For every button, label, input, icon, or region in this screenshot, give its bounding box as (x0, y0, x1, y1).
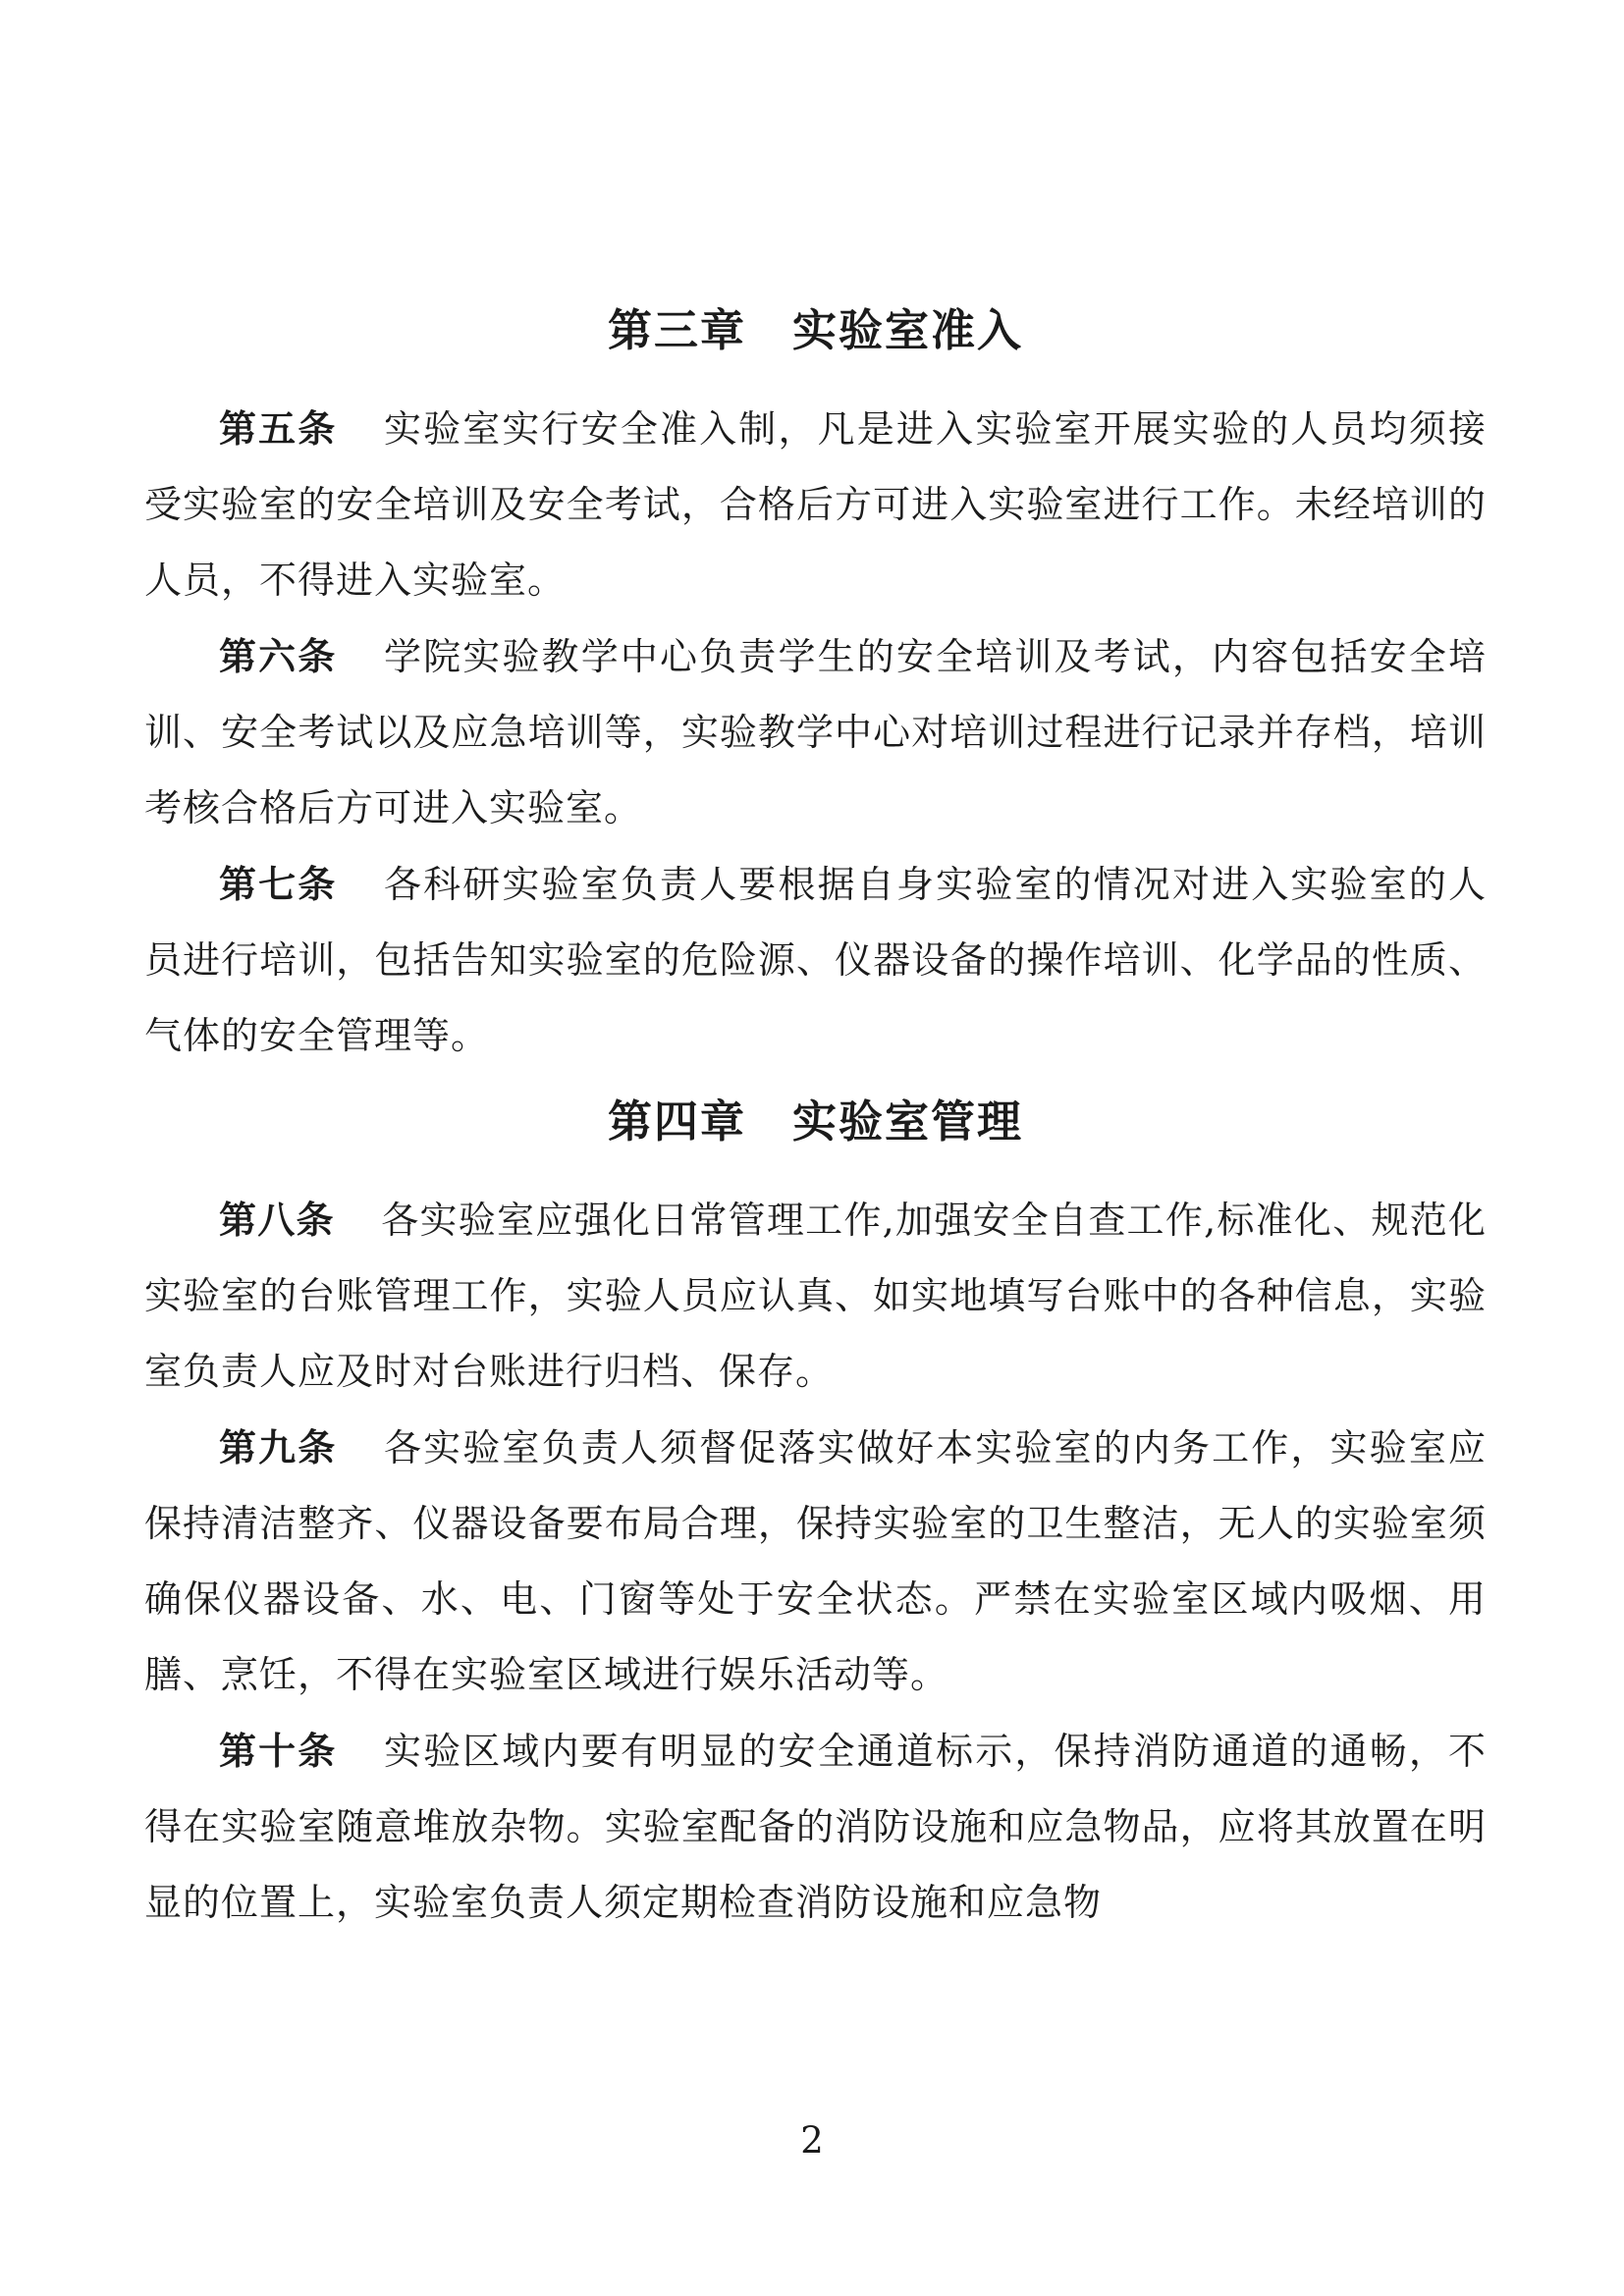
article-7-text: 各科研实验室负责人要根据自身实验室的情况对进入实验室的人员进行培训，包括告知实验… (144, 863, 1487, 1057)
article-10-paragraph: 第十条实验区域内要有明显的安全通道标示，保持消防通道的通畅，不得在实验室随意堆放… (144, 1713, 1487, 1941)
document-page: 第三章 实验室准入 第五条实验室实行安全准入制，凡是进入实验室开展实验的人员均须… (0, 0, 1624, 2296)
article-7-paragraph: 第七条各科研实验室负责人要根据自身实验室的情况对进入实验室的人员进行培训，包括告… (144, 846, 1487, 1074)
article-8-label: 第八条 (219, 1198, 335, 1242)
article-10-label: 第十条 (219, 1729, 337, 1773)
article-5-text: 实验室实行安全准入制，凡是进入实验室开展实验的人员均须接受实验室的安全培训及安全… (144, 407, 1487, 602)
article-6-text: 学院实验教学中心负责学生的安全培训及考试，内容包括安全培训、安全考试以及应急培训… (144, 635, 1487, 829)
document-content: 第三章 实验室准入 第五条实验室实行安全准入制，凡是进入实验室开展实验的人员均须… (144, 283, 1487, 1941)
article-5-label: 第五条 (219, 406, 337, 451)
article-7-label: 第七条 (219, 862, 337, 906)
article-9-label: 第九条 (219, 1425, 337, 1469)
article-9-text: 各实验室负责人须督促落实做好本实验室的内务工作，实验室应保持清洁整齐、仪器设备要… (144, 1426, 1487, 1696)
article-10-text: 实验区域内要有明显的安全通道标示，保持消防通道的通畅，不得在实验室随意堆放杂物。… (144, 1730, 1487, 1924)
article-6-label: 第六条 (219, 634, 337, 678)
article-8-text: 各实验室应强化日常管理工作,加强安全自查工作,标准化、规范化实验室的台账管理工作… (144, 1199, 1487, 1393)
article-8-paragraph: 第八条各实验室应强化日常管理工作,加强安全自查工作,标准化、规范化实验室的台账管… (144, 1182, 1487, 1410)
article-6-paragraph: 第六条学院实验教学中心负责学生的安全培训及考试，内容包括安全培训、安全考试以及应… (144, 618, 1487, 846)
article-5-paragraph: 第五条实验室实行安全准入制，凡是进入实验室开展实验的人员均须接受实验室的安全培训… (144, 391, 1487, 618)
chapter-3-heading: 第三章 实验室准入 (144, 300, 1487, 361)
chapter-4-heading: 第四章 实验室管理 (144, 1092, 1487, 1152)
article-9-paragraph: 第九条各实验室负责人须督促落实做好本实验室的内务工作，实验室应保持清洁整齐、仪器… (144, 1410, 1487, 1713)
page-number: 2 (0, 2121, 1624, 2161)
